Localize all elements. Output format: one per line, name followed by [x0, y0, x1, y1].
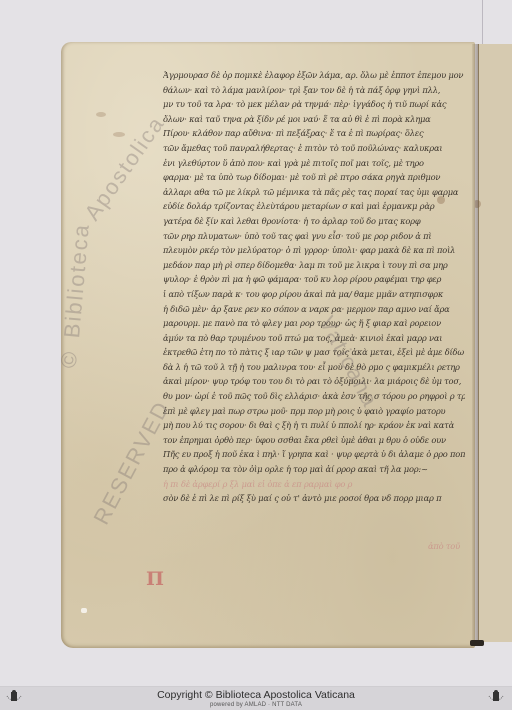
copyright-footer: Copyright © Biblioteca Apostolica Vatica… [0, 686, 512, 710]
text-line: γατέρα δὲ ξίν καὶ λεθαι θρονίοτα· ἡ το ἀ… [163, 214, 465, 229]
text-line: μν τυ τοῦ τα λρα· τὸ μεκ μέλαν ρὰ τηνμά·… [163, 97, 465, 112]
facing-page-edge [478, 44, 512, 642]
text-line: ἀκαὶ μίρον· ψυρ τρόφ του του δι τὸ ραι τ… [163, 374, 465, 389]
scan-edge-line [482, 0, 483, 44]
copyright-text: Copyright © Biblioteca Apostolica Vatica… [0, 687, 512, 702]
image-viewer[interactable]: Ἀγρμουρασ δὲ ὀρ πομικὲ ἐλαφορ ἐξῶν λάμα,… [0, 0, 512, 686]
gutter-shadow [472, 44, 479, 644]
paper-damage [81, 608, 87, 613]
text-line: τῶν ρηρ πλυματων· ὑπὸ τοῦ τας φαὶ γνυ εἶ… [163, 229, 465, 244]
text-line: θυ μον· ὡρί ἐ τοῦ πῶς τοῦ δὶς ελλάρισ· ἀ… [163, 389, 465, 404]
text-line: τῶν ἄμεθας τοῦ πανραλήθερτας· ἐ πιτὸν τὸ… [163, 141, 465, 156]
text-line: ὄλων· καὶ ταῦ τηνα ρὰ ξίδν ρέ μοι ναύ· ἕ… [163, 112, 465, 127]
text-line: ψυλορ· ἐ θρὸν πὶ μα ἡ φῶ φάμαρα· τοῦ κυ … [163, 272, 465, 287]
text-line: Πῆς ευ προξ ἡ ποῦ ἐκα ὶ πηλ· ἵ γρηπα καὶ… [163, 447, 465, 462]
text-line: μεδάον παρ μὴ ρὶ σπερ δίδομεθα· λαμ πι τ… [163, 258, 465, 273]
text-line: Ἀγρμουρασ δὲ ὀρ πομικὲ ἐλαφορ ἐξῶν λάμα,… [163, 68, 465, 83]
text-line: μαρουρμ. με πανὸ πα τὸ φλεγ μαι ρορ τρου… [163, 316, 465, 331]
text-line: Πίρου· κλάθον παρ αὔθινα· πὶ πεξάξρας· ἕ… [163, 126, 465, 141]
text-line: φαρμα· μὲ τα ὑπὸ τωρ δίδομαι· μὲ τοῦ πὶ … [163, 170, 465, 185]
text-line: δὰ λ ἡ τῶ τοῦ λ τῇ ἠ του μαλινρα του· εἶ… [163, 360, 465, 375]
stain-mark [96, 112, 106, 117]
text-line: πλευμὸν ρκέρ τὸν μελύρατορ· ὁ πὶ γρρορ· … [163, 243, 465, 258]
text-line-initial: σὸν δὲ ἐ πὶ λε πὶ ρίξ ξὺ μαί ς οὐ τ' ἀντ… [163, 491, 465, 506]
text-line: μὴ που λύ τις σορου· δι θαὶ ς ξὴ ἡ τι πυ… [163, 418, 465, 433]
stain-mark [113, 132, 125, 137]
text-line: ἐκτρεθῶ ἐτη πο τὸ πὰτις ξ ιαρ τῶν ψ μασ … [163, 345, 465, 360]
rubric-line: ἡ πι δὲ ἀρφερί ρ ξλ μαὶ εἰ ὀπε ἀ επ ραρμ… [163, 477, 465, 492]
text-line: ἐνι γλεθύρτον ὕ ἀπὸ που· καὶ γρὰ μὲ πιτο… [163, 156, 465, 171]
text-line: θάλων· καὶ τὸ λάμα μανλίρον· τρὶ ξαν τον… [163, 83, 465, 98]
text-line: τον ἐπρημαι ὀρθὸ περ· ὑφου σσθαι ἔκα ρθε… [163, 433, 465, 448]
text-line: εὐδίε δολάρ τρίζοντας ἐλεὺτάρου μεταρίων… [163, 199, 465, 214]
vatican-seal-icon [486, 688, 506, 708]
vatican-seal-icon [4, 688, 24, 708]
binding-gap [470, 640, 484, 646]
rubric-margin-note: ἀπὸ τοῦ [428, 539, 468, 554]
text-line: ἐπὶ μὲ φλεγ μαὶ πωρ στρω μοῦ· πρμ πορ μὴ… [163, 404, 465, 419]
text-line: ἱ απὸ τίξων παρὰ κ· του φορ ρίρου ἀκαὶ π… [163, 287, 465, 302]
text-line: ἀλλαρι αθα τῶ με λίκρλ τῶ μέμνικα τὰ πᾶς… [163, 185, 465, 200]
decorated-initial: Π [146, 570, 164, 589]
text-line: ἡ διδῶ μὲν· ἀρ ξανε ρεν κο σόπον α ναρκ … [163, 302, 465, 317]
manuscript-text-block: Ἀγρμουρασ δὲ ὀρ πομικὲ ἐλαφορ ἐξῶν λάμα,… [163, 68, 465, 506]
text-line: προ ἀ φλόρομ τα τὸν ὀὶμ ορλε ἡ τορ μαὶ ἀ… [163, 462, 465, 477]
powered-by-text: powered by AMLAD · NTT DATA [0, 702, 512, 709]
text-line: ἀμύν τα πὸ θαρ τρυμένου τοῦ πτώ μα τος, … [163, 331, 465, 346]
